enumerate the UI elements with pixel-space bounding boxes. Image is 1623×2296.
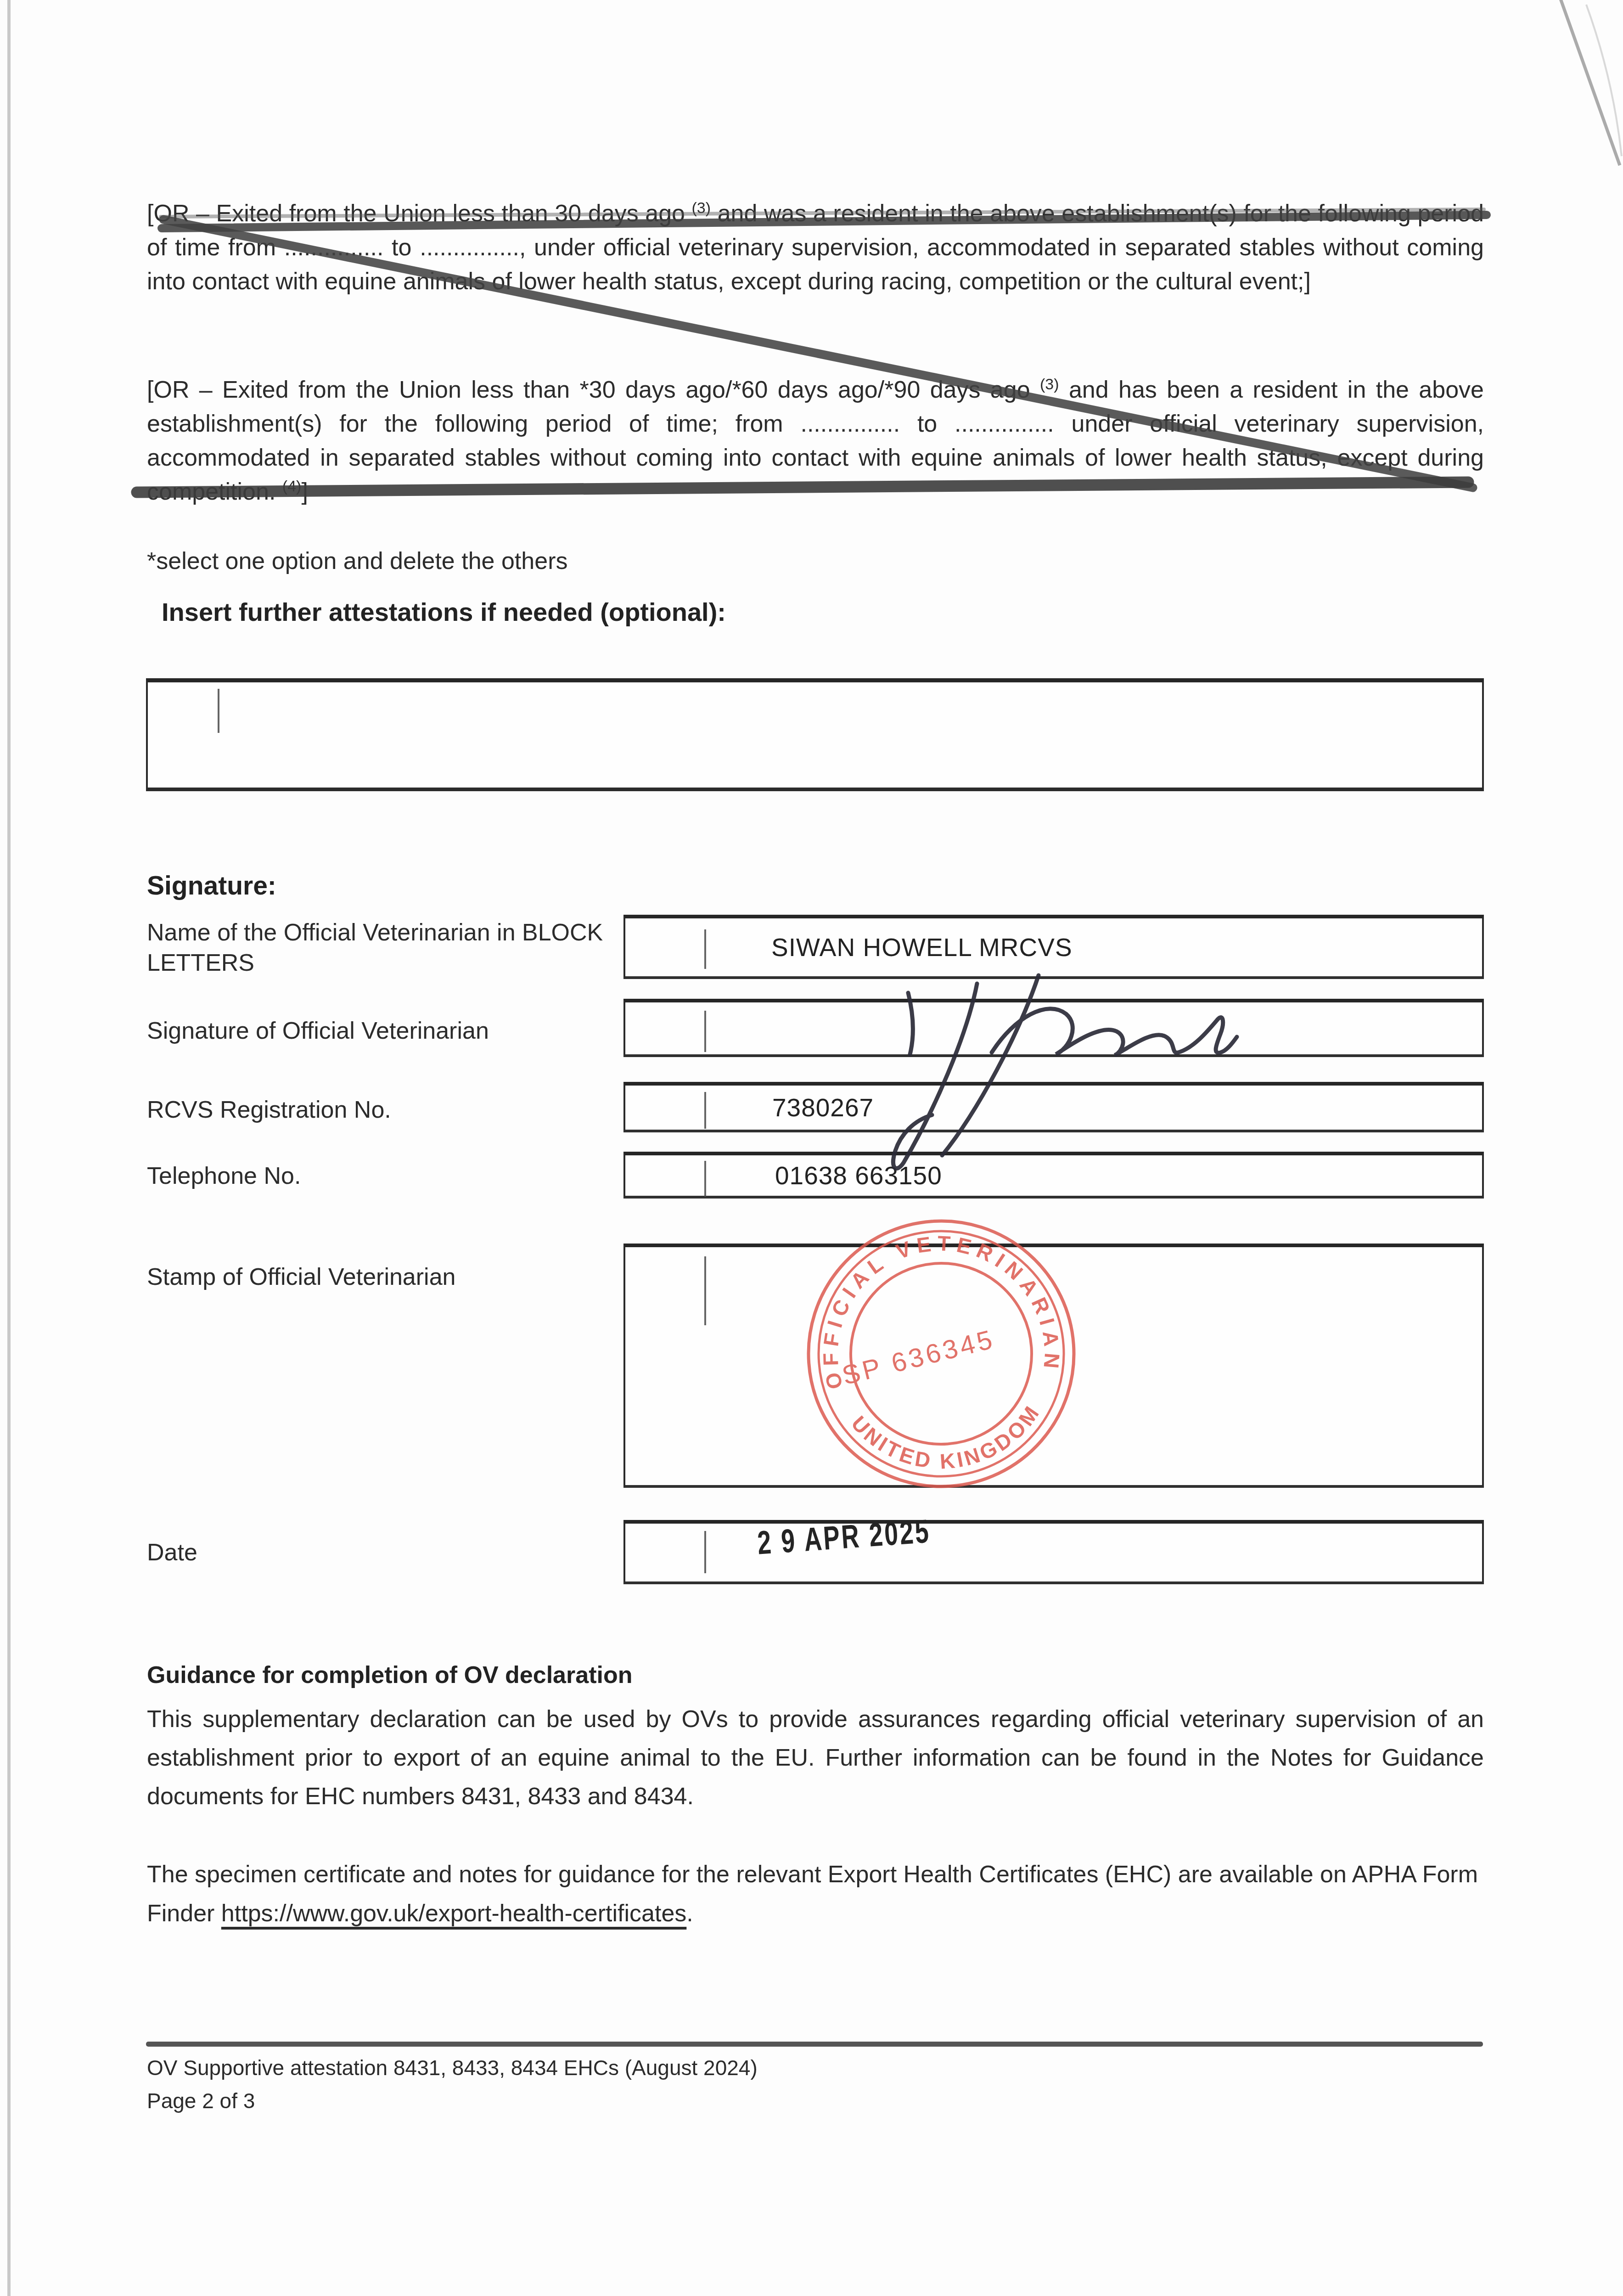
date-stamp-value: 2 9 APR 2025 bbox=[624, 1513, 932, 1571]
footer-document-id: OV Supportive attestation 8431, 8433, 84… bbox=[147, 2052, 758, 2084]
specimen-text-end: . bbox=[686, 1900, 693, 1927]
specimen-paragraph: The specimen certificate and notes for g… bbox=[147, 1855, 1484, 1933]
signature-field-box bbox=[623, 999, 1484, 1057]
stray-pen-mark bbox=[218, 689, 219, 733]
signature-heading: Signature: bbox=[147, 871, 276, 901]
name-field-value: SIWAN HOWELL MRCVS bbox=[625, 933, 1073, 962]
stamp-field-box bbox=[623, 1244, 1484, 1488]
attestations-input-box bbox=[146, 678, 1484, 791]
telephone-field-label: Telephone No. bbox=[147, 1161, 606, 1191]
footnote-ref-4: (4) bbox=[282, 478, 302, 495]
paragraph-1-text: [OR – Exited from the Union less than 30… bbox=[147, 200, 692, 227]
export-health-certificates-link[interactable]: https://www.gov.uk/export-health-certifi… bbox=[221, 1900, 686, 1927]
footnote-ref-3: (3) bbox=[692, 199, 711, 217]
field-tick-mark bbox=[704, 1011, 706, 1052]
paragraph-option-2: [OR – Exited from the Union less than *3… bbox=[147, 373, 1484, 509]
field-tick-mark bbox=[704, 1092, 706, 1129]
telephone-field-box: 01638 663150 bbox=[623, 1152, 1484, 1199]
guidance-heading: Guidance for completion of OV declaratio… bbox=[147, 1661, 632, 1689]
rcvs-field-label: RCVS Registration No. bbox=[147, 1095, 606, 1125]
stamp-field-label: Stamp of Official Veterinarian bbox=[147, 1262, 606, 1292]
attestations-heading: Insert further attestations if needed (o… bbox=[162, 597, 726, 627]
select-option-note: *select one option and delete the others bbox=[147, 547, 567, 575]
struck-paragraph-option-1: [OR – Exited from the Union less than 30… bbox=[147, 197, 1484, 298]
guidance-body: This supplementary declaration can be us… bbox=[147, 1700, 1484, 1816]
footer-divider bbox=[146, 2042, 1483, 2047]
paragraph-2-text-end: ] bbox=[301, 478, 308, 505]
date-field-label: Date bbox=[147, 1537, 606, 1568]
telephone-field-value: 01638 663150 bbox=[625, 1161, 942, 1190]
signature-field-label: Signature of Official Veterinarian bbox=[147, 1016, 606, 1046]
name-field-label: Name of the Official Veterinarian in BLO… bbox=[147, 917, 606, 978]
rcvs-field-value: 7380267 bbox=[625, 1093, 874, 1122]
name-field-box: SIWAN HOWELL MRCVS bbox=[623, 915, 1484, 979]
footnote-ref-3b: (3) bbox=[1040, 376, 1059, 393]
footer-page-number: Page 2 of 3 bbox=[147, 2085, 255, 2117]
paragraph-2-text: [OR – Exited from the Union less than *3… bbox=[147, 377, 1040, 403]
scanned-document-page: { "document": { "paragraph1": { "seg1": … bbox=[0, 0, 1623, 2296]
rcvs-field-box: 7380267 bbox=[623, 1082, 1484, 1132]
scan-overlay: OFFICIAL VETERINARIAN UNITED KINGDOM SP … bbox=[0, 0, 1623, 2296]
field-tick-mark bbox=[704, 929, 706, 969]
field-tick-mark bbox=[704, 1161, 706, 1197]
field-tick-mark bbox=[704, 1256, 706, 1325]
page-edge-shadow bbox=[7, 0, 11, 2296]
date-field-box: 2 9 APR 2025 bbox=[623, 1520, 1484, 1584]
page-curl-artifact bbox=[1560, 0, 1622, 165]
